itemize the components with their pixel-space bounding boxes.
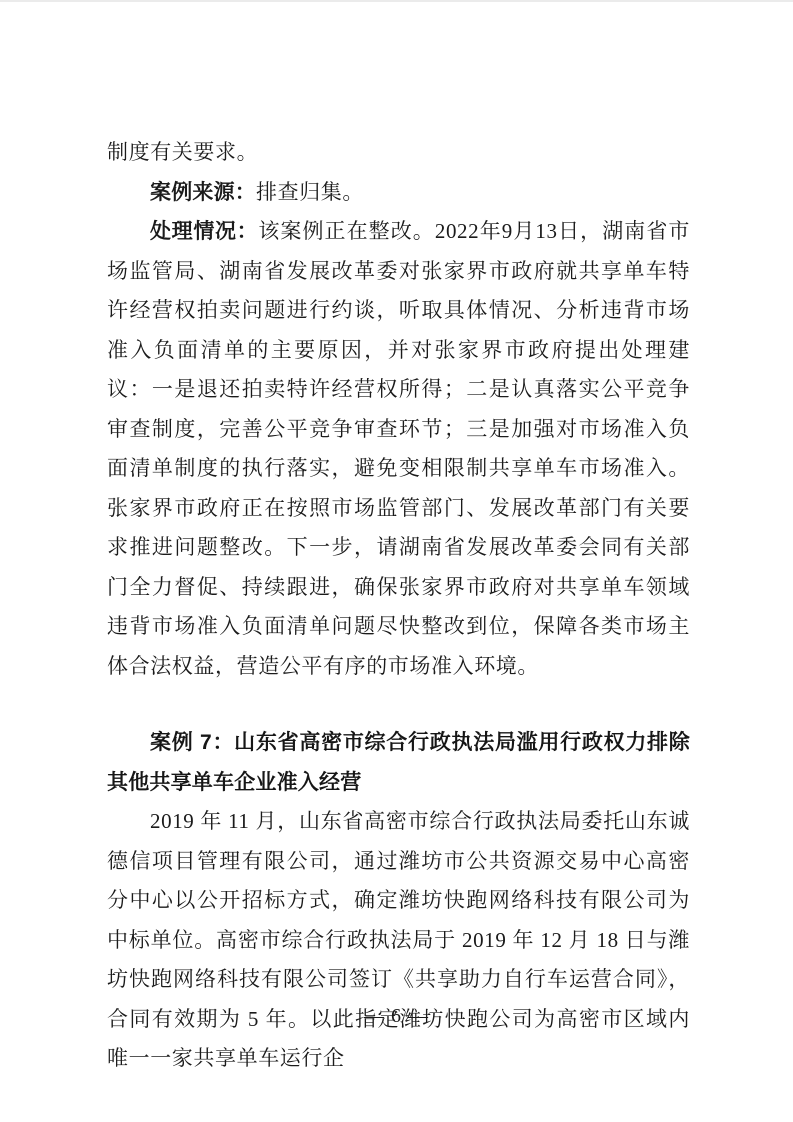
document-content: 制度有关要求。 案例来源：排查归集。 处理情况：该案例正在整改。2022年9月1… [107, 133, 690, 1079]
document-page: 制度有关要求。 案例来源：排查归集。 处理情况：该案例正在整改。2022年9月1… [0, 0, 793, 1122]
case-source-text: 排查归集。 [256, 180, 364, 204]
case-handling-text: 该案例正在整改。2022年9月13日，湖南省市场监管局、湖南省发展改革委对张家界… [107, 219, 690, 678]
page-top-edge-line [0, 0, 793, 2]
case-source-label: 案例来源： [150, 181, 256, 204]
paragraph-continuation: 制度有关要求。 [107, 133, 690, 173]
case7-heading: 案例 7：山东省高密市综合行政执法局滥用行政权力排除其他共享单车企业准入经营 [107, 723, 690, 802]
paragraph-case7-body: 2019 年 11 月，山东省高密市综合行政执法局委托山东诚德信项目管理有限公司… [107, 802, 690, 1079]
paragraph-case-handling: 处理情况：该案例正在整改。2022年9月13日，湖南省市场监管局、湖南省发展改革… [107, 212, 690, 686]
case-handling-label: 处理情况： [150, 220, 258, 243]
page-footer: — 6 — [0, 1004, 793, 1028]
page-number: — 6 — [364, 1005, 429, 1027]
paragraph-case-source: 案例来源：排查归集。 [107, 173, 690, 213]
